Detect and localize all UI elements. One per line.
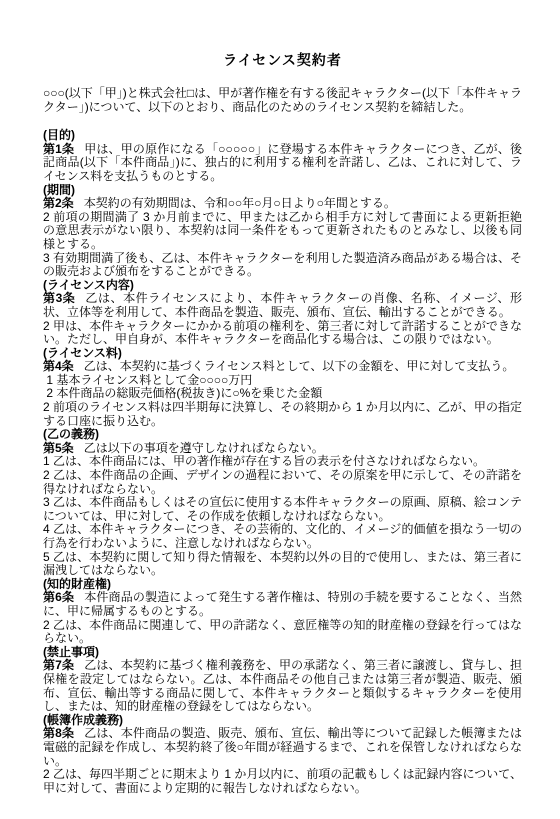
clause-number: 第3条 — [43, 291, 75, 305]
paragraph: 2 乙は、本件商品に関連して、甲の許諾なく、意匠権等の知的財産権の登録を行っては… — [43, 619, 522, 646]
clause-paragraph: 第3条乙は、本件ライセンスにより、本件キャラクターの肖像、名称、イメージ、形状、… — [43, 292, 522, 319]
clause-paragraph: 第4条乙は、本契約に基づくライセンス料として、以下の金額を、甲に対して支払う。 — [43, 360, 522, 374]
clause-number: 第4条 — [43, 359, 74, 373]
clause-paragraph: 第6条本件商品の製造によって発生する著作権は、特別の手続を要することなく、当然に… — [43, 591, 522, 618]
clause-number: 第2条 — [43, 196, 74, 210]
paragraph: 2 甲は、本件キャラクターにかかる前項の権利を、第三者に対して許諾することができ… — [43, 320, 522, 347]
clause-number: 第6条 — [43, 590, 74, 604]
document-page: ライセンス契約者 ○○○(以下「甲」)と株式会社□は、甲が著作権を有する後記キャ… — [0, 0, 560, 819]
clause-text: 甲は、甲の原作になる「○○○○○」に登場する本件キャラクターにつき、乙が、後記商… — [43, 142, 522, 183]
paragraph: 3 乙は、本件商品もしくはその宣伝に使用する本件キャラクターの原画、原稿、絵コン… — [43, 496, 522, 523]
clause-text: 乙は、本件商品の製造、販売、頒布、宣伝、輸出等について記録した帳簿または電磁的記… — [43, 726, 522, 767]
paragraph: 5 乙は、本契約に関して知り得た情報を、本契約以外の目的で使用し、または、第三者… — [43, 551, 522, 578]
clause-paragraph: 第8条乙は、本件商品の製造、販売、頒布、宣伝、輸出等について記録した帳簿または電… — [43, 727, 522, 768]
clause-number: 第8条 — [43, 726, 74, 740]
paragraph: 3 有効期間満了後も、乙は、本件キャラクターを利用した製造済み商品がある場合は、… — [43, 252, 522, 279]
clause-paragraph: 第2条本契約の有効期間は、令和○○年○月○日より○年間とする。 — [43, 197, 522, 211]
clause-text: 乙は以下の事項を遵守しなければならない。 — [84, 441, 324, 455]
clause-text: 乙は、本件ライセンスにより、本件キャラクターの肖像、名称、イメージ、形状、立体等… — [43, 291, 522, 319]
paragraph: 2 前項の期間満了 3 か月前までに、甲または乙から相手方に対して書面による更新… — [43, 211, 522, 252]
document-body: (目的)第1条甲は、甲の原作になる「○○○○○」に登場する本件キャラクターにつき… — [43, 129, 522, 795]
clause-paragraph: 第1条甲は、甲の原作になる「○○○○○」に登場する本件キャラクターにつき、乙が、… — [43, 143, 522, 184]
clause-number: 第7条 — [43, 658, 74, 672]
paragraph: 2 乙は、毎四半期ごとに期末より 1 か月以内に、前項の記載もしくは記録内容につ… — [43, 768, 522, 795]
section-heading: (目的) — [43, 129, 522, 143]
document-title: ライセンス契約者 — [43, 50, 522, 70]
clause-text: 本件商品の製造によって発生する著作権は、特別の手続を要することなく、当然に、甲に… — [43, 590, 522, 618]
paragraph: 1 乙は、本件商品には、甲の著作権が存在する旨の表示を付さなければならない。 — [43, 455, 522, 469]
section-heading: (乙の義務) — [43, 428, 522, 442]
paragraph: 4 乙は、本件キャラクターにつき、その芸術的、文化的、イメージ的価値を損なう一切… — [43, 523, 522, 550]
clause-text: 本契約の有効期間は、令和○○年○月○日より○年間とする。 — [84, 196, 396, 210]
intro-paragraph: ○○○(以下「甲」)と株式会社□は、甲が著作権を有する後記キャラクター(以下「本… — [43, 87, 522, 114]
clause-paragraph: 第7条乙は、本契約に基づく権利義務を、甲の承諾なく、第三者に譲渡し、貸与し、担保… — [43, 659, 522, 713]
clause-number: 第1条 — [43, 142, 74, 156]
clause-number: 第5条 — [43, 441, 74, 455]
clause-text: 乙は、本契約に基づくライセンス料として、以下の金額を、甲に対して支払う。 — [84, 359, 515, 373]
clause-text: 乙は、本契約に基づく権利義務を、甲の承諾なく、第三者に譲渡し、貸与し、担保権を設… — [43, 658, 522, 713]
paragraph: 2 乙は、本件商品の企画、デザインの過程において、その原案を甲に示して、その許諾… — [43, 469, 522, 496]
paragraph: 2 前項のライセンス料は四半期毎に決算し、その終期から 1 か月以内に、乙が、甲… — [43, 401, 522, 428]
